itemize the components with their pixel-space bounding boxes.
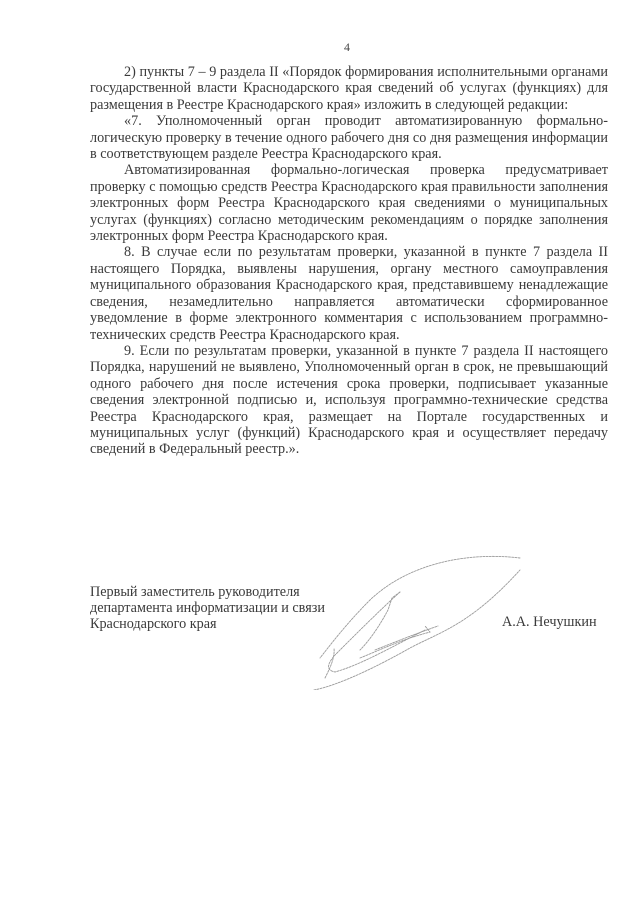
- handwritten-signature-icon: [300, 530, 540, 690]
- paragraph-automated-check: Автоматизированная формально-логическая …: [90, 162, 608, 244]
- paragraph-item-7: «7. Уполномоченный орган проводит автома…: [90, 113, 608, 162]
- page-number: 4: [344, 40, 350, 55]
- position-line-3: Краснодарского края: [90, 616, 325, 632]
- position-line-1: Первый заместитель руководителя: [90, 584, 325, 600]
- document-body: 2) пункты 7 – 9 раздела II «Порядок форм…: [90, 64, 608, 458]
- signature-position: Первый заместитель руководителя департам…: [90, 584, 325, 632]
- paragraph-amendment-intro: 2) пункты 7 – 9 раздела II «Порядок форм…: [90, 64, 608, 113]
- paragraph-item-8: 8. В случае если по результатам проверки…: [90, 244, 608, 342]
- signer-name: А.А. Нечушкин: [502, 614, 597, 631]
- position-line-2: департамента информатизации и связи: [90, 600, 325, 616]
- paragraph-item-9: 9. Если по результатам проверки, указанн…: [90, 343, 608, 458]
